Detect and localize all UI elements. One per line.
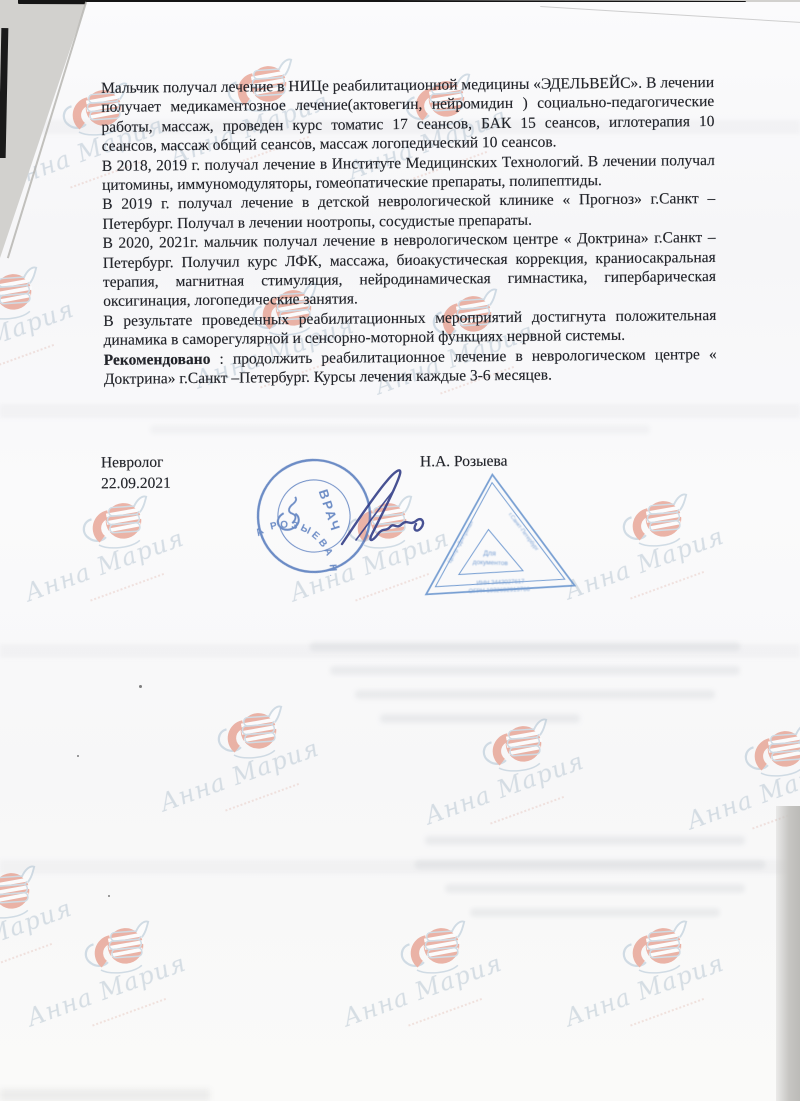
stamp-for-documents-line2: документов [473, 559, 509, 567]
teapot-logo-icon [394, 918, 474, 981]
stamp-ogrn: ОГРН 1032692913766 [468, 587, 530, 595]
brand-watermark: Анна Мария [558, 484, 732, 615]
watermark-tagline-line [0, 943, 52, 972]
recommendation-label: Рекомендовано [104, 351, 211, 369]
watermark-tagline-line [92, 998, 166, 1027]
teapot-logo-icon [76, 493, 156, 556]
watermark-script-text: Анна Мария [339, 948, 508, 1032]
watermark-tagline-line [408, 998, 482, 1027]
teapot-logo-icon [211, 703, 291, 766]
signoff-block: Невролог 22.09.2021 [101, 453, 171, 495]
watermark-script-text: Анна Мария [156, 733, 325, 817]
watermark-script-text: Анна Мария [23, 948, 192, 1032]
watermark-script-text: Анна Мария [421, 746, 590, 830]
bleed-through-line [425, 836, 745, 845]
scanned-document: Анна Мария Анна Мария [0, 0, 800, 1101]
bleed-through-line [470, 908, 720, 917]
bleed-through-line [330, 666, 740, 675]
watermark-script-text: Анна Мария [561, 948, 730, 1032]
bleed-through-line [150, 425, 650, 434]
brand-watermark: Анна Мария [20, 911, 194, 1042]
stamp-for-documents-line1: Для [483, 550, 496, 557]
watermark-tagline-line [630, 998, 704, 1027]
scanner-edge-left [0, 28, 8, 158]
watermark-tagline-line [355, 573, 429, 602]
dust-speck [139, 685, 142, 688]
brand-watermark: Анна Мария [0, 856, 80, 987]
bleed-through-line [310, 642, 740, 651]
bleed-through-line [355, 690, 715, 699]
paragraph-results: В результате проведенных реабилитационны… [103, 306, 716, 351]
brand-watermark: Анна Мария [153, 696, 327, 827]
brand-watermark: Анна Мария [558, 911, 732, 1042]
paragraph-treatment-edelweiss: Мальчик получал лечение в НИЦе реабилита… [101, 73, 715, 157]
watermark-tagline-line [90, 573, 164, 602]
teapot-logo-icon [616, 491, 696, 554]
pen-signature [316, 452, 456, 562]
teapot-logo-icon [616, 918, 696, 981]
teapot-logo-icon [738, 721, 800, 784]
teapot-logo-icon [0, 264, 46, 327]
scanner-edge-right [776, 806, 800, 1101]
paper-shadow [0, 1089, 210, 1101]
dust-speck [77, 755, 79, 757]
stamp-inn: ИНН 3443027617 [476, 579, 525, 587]
paragraph-2018-2019: В 2018, 2019 г. получал лечение в Инстит… [102, 151, 715, 196]
watermark-tagline-line [630, 571, 704, 600]
teapot-logo-icon [78, 918, 158, 981]
watermark-tagline-line [490, 796, 564, 825]
watermark-script-text: Анна Мария [21, 523, 190, 607]
teapot-logo-icon [476, 716, 556, 779]
watermark-script-text: Анна Мария [0, 893, 78, 977]
bleed-through-line [415, 860, 765, 869]
doctor-position: Невролог [101, 453, 171, 474]
document-text: Мальчик получал лечение в НИЦе реабилита… [101, 73, 717, 389]
brand-watermark: Анна Мария [18, 486, 192, 617]
paragraph-2020-2021-doktrina: В 2020, 2021г. мальчик получал лечение в… [103, 228, 717, 312]
brand-watermark: Анна Мария [0, 257, 82, 388]
bleed-through-line [445, 884, 745, 893]
dust-speck [108, 895, 110, 897]
watermark-tagline-line [0, 344, 54, 373]
watermark-tagline-line [225, 783, 299, 812]
watermark-script-text: Анна Мария [561, 521, 730, 605]
brand-watermark: Анна Мария [418, 709, 592, 840]
brand-watermark: Анна Мария [336, 911, 510, 1042]
scan-band [0, 404, 800, 418]
paragraph-2019-prognoz: В 2019 г. получал лечение в детской невр… [102, 189, 715, 234]
watermark-script-text: Анна Мария [0, 294, 80, 378]
bleed-through-line [380, 714, 580, 723]
paper-sheet: Анна Мария Анна Мария [0, 2, 800, 1101]
paragraph-recommendation: Рекомендовано : продолжить реабилитацион… [104, 345, 717, 390]
signoff-date: 22.09.2021 [101, 473, 171, 494]
